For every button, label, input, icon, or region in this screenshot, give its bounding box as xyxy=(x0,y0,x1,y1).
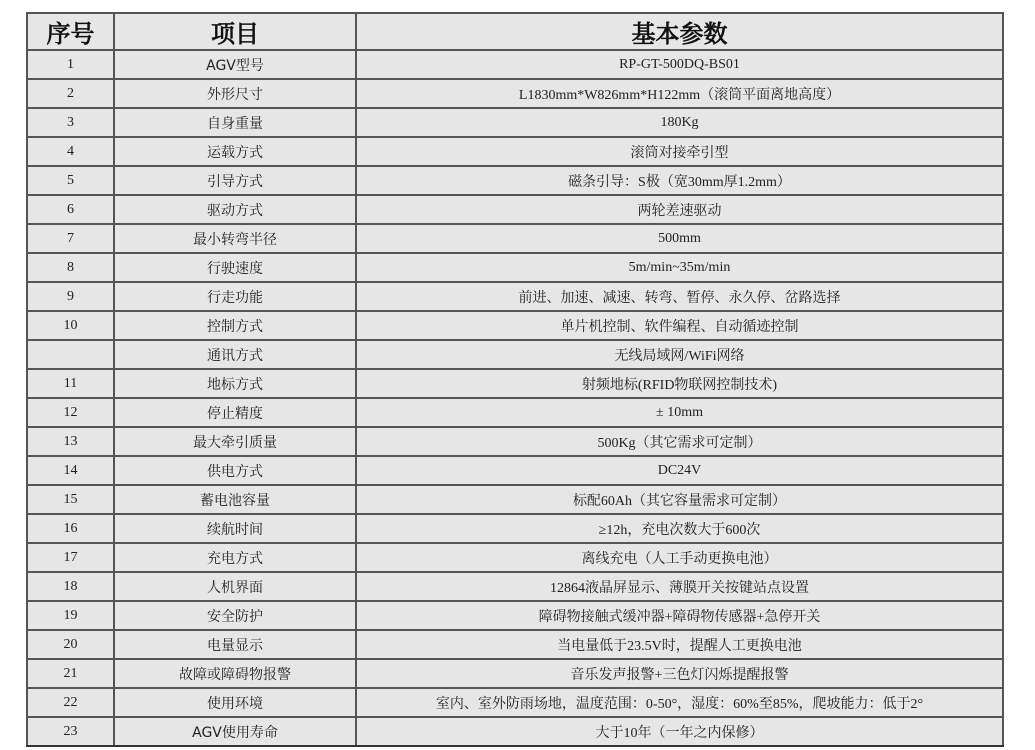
row-parameter-value: DC24V xyxy=(356,456,1003,485)
row-serial-number: 21 xyxy=(27,659,114,688)
row-parameter-value: 当电量低于23.5V时，提醒人工更换电池 xyxy=(356,630,1003,659)
table-row: 15蓄电池容量标配60Ah（其它容量需求可定制） xyxy=(27,485,1003,514)
row-serial-number: 17 xyxy=(27,543,114,572)
row-item-name: 使用环境 xyxy=(114,688,356,717)
row-parameter-value: 滚筒对接牵引型 xyxy=(356,137,1003,166)
row-item-name: 通讯方式 xyxy=(114,340,356,369)
table-row: 9行走功能前进、加速、减速、转弯、暂停、永久停、岔路选择 xyxy=(27,282,1003,311)
row-item-name: 控制方式 xyxy=(114,311,356,340)
row-item-name: 外形尺寸 xyxy=(114,79,356,108)
table-row: 通讯方式无线局域网/WiFi网络 xyxy=(27,340,1003,369)
row-item-name: 电量显示 xyxy=(114,630,356,659)
table-row: 7最小转弯半径500mm xyxy=(27,224,1003,253)
header-item: 项目 xyxy=(114,13,356,50)
row-parameter-value: 离线充电（人工手动更换电池） xyxy=(356,543,1003,572)
row-item-name: 故障或障碍物报警 xyxy=(114,659,356,688)
row-serial-number: 14 xyxy=(27,456,114,485)
row-serial-number: 18 xyxy=(27,572,114,601)
row-parameter-value: 两轮差速驱动 xyxy=(356,195,1003,224)
agv-spec-table: 序号 项目 基本参数 1AGV型号RP-GT-500DQ-BS012外形尺寸L1… xyxy=(26,12,1004,747)
table-body: 1AGV型号RP-GT-500DQ-BS012外形尺寸L1830mm*W826m… xyxy=(27,50,1003,746)
row-parameter-value: 12864液晶屏显示、薄膜开关按键站点设置 xyxy=(356,572,1003,601)
row-serial-number: 9 xyxy=(27,282,114,311)
row-parameter-value: 大于10年（一年之内保修） xyxy=(356,717,1003,746)
row-parameter-value: 单片机控制、软件编程、自动循迹控制 xyxy=(356,311,1003,340)
row-item-name: 安全防护 xyxy=(114,601,356,630)
table-row: 1AGV型号RP-GT-500DQ-BS01 xyxy=(27,50,1003,79)
row-serial-number: 3 xyxy=(27,108,114,137)
table-row: 19安全防护障碍物接触式缓冲器+障碍物传感器+急停开关 xyxy=(27,601,1003,630)
row-parameter-value: 5m/min~35m/min xyxy=(356,253,1003,282)
row-serial-number xyxy=(27,340,114,369)
header-basic-parameters: 基本参数 xyxy=(356,13,1003,50)
row-parameter-value: ≥12h，充电次数大于600次 xyxy=(356,514,1003,543)
row-serial-number: 16 xyxy=(27,514,114,543)
row-parameter-value: 音乐发声报警+三色灯闪烁提醒报警 xyxy=(356,659,1003,688)
row-item-name: 引导方式 xyxy=(114,166,356,195)
row-serial-number: 7 xyxy=(27,224,114,253)
table-row: 2外形尺寸L1830mm*W826mm*H122mm（滚筒平面离地高度） xyxy=(27,79,1003,108)
row-parameter-value: 前进、加速、减速、转弯、暂停、永久停、岔路选择 xyxy=(356,282,1003,311)
table-row: 22使用环境室内、室外防雨场地，温度范围：0-50°，湿度：60%至85%，爬坡… xyxy=(27,688,1003,717)
table-row: 20电量显示当电量低于23.5V时，提醒人工更换电池 xyxy=(27,630,1003,659)
row-serial-number: 12 xyxy=(27,398,114,427)
row-serial-number: 20 xyxy=(27,630,114,659)
row-item-name: 自身重量 xyxy=(114,108,356,137)
row-serial-number: 2 xyxy=(27,79,114,108)
table-row: 4运载方式滚筒对接牵引型 xyxy=(27,137,1003,166)
row-item-name: 运载方式 xyxy=(114,137,356,166)
row-parameter-value: L1830mm*W826mm*H122mm（滚筒平面离地高度） xyxy=(356,79,1003,108)
table-row: 3自身重量180Kg xyxy=(27,108,1003,137)
row-parameter-value: 标配60Ah（其它容量需求可定制） xyxy=(356,485,1003,514)
row-item-name: 蓄电池容量 xyxy=(114,485,356,514)
row-item-name: 最小转弯半径 xyxy=(114,224,356,253)
row-parameter-value: 无线局域网/WiFi网络 xyxy=(356,340,1003,369)
row-item-name: AGV使用寿命 xyxy=(114,717,356,746)
row-parameter-value: 500Kg（其它需求可定制） xyxy=(356,427,1003,456)
row-parameter-value: 室内、室外防雨场地，温度范围：0-50°，湿度：60%至85%，爬坡能力：低于2… xyxy=(356,688,1003,717)
table-row: 11地标方式射频地标(RFID物联网控制技术) xyxy=(27,369,1003,398)
table-row: 23AGV使用寿命大于10年（一年之内保修） xyxy=(27,717,1003,746)
table-row: 17充电方式离线充电（人工手动更换电池） xyxy=(27,543,1003,572)
row-item-name: 最大牵引质量 xyxy=(114,427,356,456)
header-serial-number: 序号 xyxy=(27,13,114,50)
row-serial-number: 4 xyxy=(27,137,114,166)
row-item-name: 续航时间 xyxy=(114,514,356,543)
row-serial-number: 10 xyxy=(27,311,114,340)
table-row: 12停止精度± 10mm xyxy=(27,398,1003,427)
row-parameter-value: 500mm xyxy=(356,224,1003,253)
table-row: 21故障或障碍物报警音乐发声报警+三色灯闪烁提醒报警 xyxy=(27,659,1003,688)
row-serial-number: 8 xyxy=(27,253,114,282)
table-header-row: 序号 项目 基本参数 xyxy=(27,13,1003,50)
row-serial-number: 6 xyxy=(27,195,114,224)
row-item-name: 供电方式 xyxy=(114,456,356,485)
table-row: 6驱动方式两轮差速驱动 xyxy=(27,195,1003,224)
row-parameter-value: RP-GT-500DQ-BS01 xyxy=(356,50,1003,79)
row-parameter-value: ± 10mm xyxy=(356,398,1003,427)
row-parameter-value: 180Kg xyxy=(356,108,1003,137)
table-row: 18人机界面12864液晶屏显示、薄膜开关按键站点设置 xyxy=(27,572,1003,601)
row-item-name: 行走功能 xyxy=(114,282,356,311)
table-row: 5引导方式磁条引导：S极（宽30mm厚1.2mm） xyxy=(27,166,1003,195)
row-serial-number: 15 xyxy=(27,485,114,514)
row-parameter-value: 磁条引导：S极（宽30mm厚1.2mm） xyxy=(356,166,1003,195)
row-parameter-value: 障碍物接触式缓冲器+障碍物传感器+急停开关 xyxy=(356,601,1003,630)
row-item-name: 地标方式 xyxy=(114,369,356,398)
row-item-name: 人机界面 xyxy=(114,572,356,601)
row-serial-number: 19 xyxy=(27,601,114,630)
table-row: 16续航时间≥12h，充电次数大于600次 xyxy=(27,514,1003,543)
row-serial-number: 5 xyxy=(27,166,114,195)
row-item-name: 充电方式 xyxy=(114,543,356,572)
table-row: 8行驶速度5m/min~35m/min xyxy=(27,253,1003,282)
row-item-name: 行驶速度 xyxy=(114,253,356,282)
row-serial-number: 22 xyxy=(27,688,114,717)
row-serial-number: 1 xyxy=(27,50,114,79)
table-row: 10控制方式单片机控制、软件编程、自动循迹控制 xyxy=(27,311,1003,340)
row-serial-number: 11 xyxy=(27,369,114,398)
row-serial-number: 23 xyxy=(27,717,114,746)
table-row: 13最大牵引质量500Kg（其它需求可定制） xyxy=(27,427,1003,456)
table-row: 14供电方式DC24V xyxy=(27,456,1003,485)
row-serial-number: 13 xyxy=(27,427,114,456)
row-item-name: 驱动方式 xyxy=(114,195,356,224)
row-item-name: AGV型号 xyxy=(114,50,356,79)
row-parameter-value: 射频地标(RFID物联网控制技术) xyxy=(356,369,1003,398)
row-item-name: 停止精度 xyxy=(114,398,356,427)
